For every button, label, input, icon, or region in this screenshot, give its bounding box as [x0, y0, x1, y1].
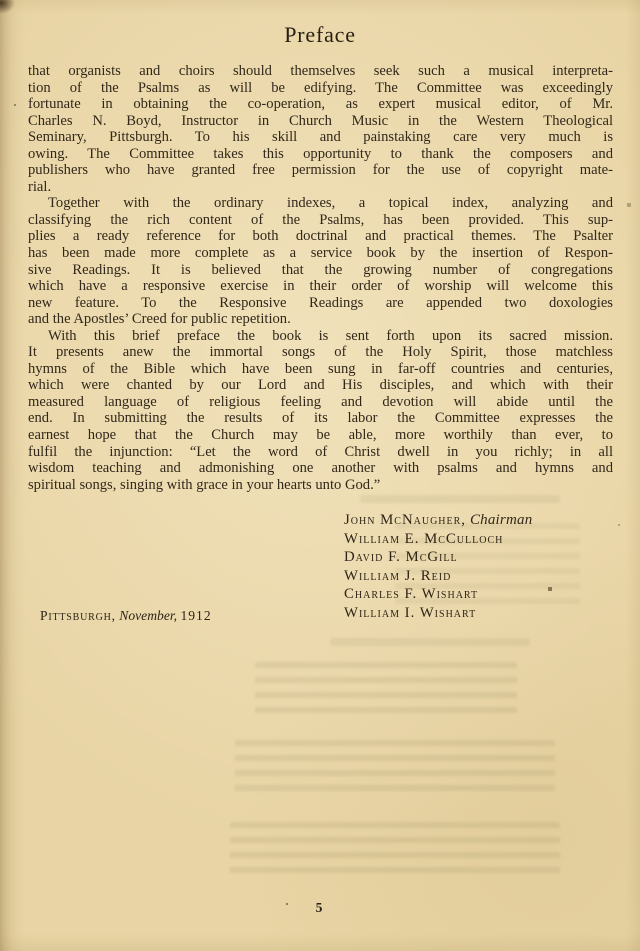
page-number: 5: [0, 900, 638, 916]
paragraph: that organists and choirs should themsel…: [28, 63, 613, 195]
paragraphs: that organists and choirs should themsel…: [28, 63, 613, 493]
text-line: which have a responsive exercise in thei…: [28, 278, 613, 295]
signature-name: William J. Reid: [344, 568, 451, 584]
page: Preface that organists and choirs should…: [0, 0, 640, 951]
text-line: classifying the rich content of the Psal…: [28, 212, 613, 229]
paragraph: Together with the ordinary indexes, a to…: [28, 195, 613, 327]
text-line: It presents anew the immortal songs of t…: [28, 344, 613, 361]
scanned-book-page: { "document": { "title": "Preface", "pag…: [0, 0, 640, 951]
signature-row: William I. Wishart: [344, 604, 532, 623]
signature-row: William J. Reid: [344, 567, 532, 586]
text-line: has been made more complete as a service…: [28, 245, 613, 262]
paper-specks: [0, 0, 2, 2]
signature-row: John McNaugher, Chairman: [344, 511, 532, 530]
text-line: earnest hope that the Church may be able…: [28, 427, 613, 444]
text-line: Seminary, Pittsburgh. To his skill and p…: [28, 129, 613, 146]
text-line: Charles N. Boyd, Instructor in Church Mu…: [28, 113, 613, 130]
signature-name: William I. Wishart: [344, 605, 476, 621]
signature-name: John McNaugher,: [344, 512, 466, 528]
dateline-year: 1912: [180, 608, 211, 623]
signature-name: Charles F. Wishart: [344, 586, 478, 602]
text-line: spiritual songs, singing with grace in y…: [28, 477, 613, 494]
dateline: Pittsburgh, November, 1912: [40, 608, 212, 624]
text-line: end. In submitting the results of its la…: [28, 410, 613, 427]
text-line: tion of the Psalms as will be edifying. …: [28, 80, 613, 97]
text-line: plies a ready reference for both doctrin…: [28, 228, 613, 245]
signature-row: William E. McCulloch: [344, 530, 532, 549]
show-through-smudge: [235, 740, 555, 798]
signature-role: Chairman: [466, 512, 532, 528]
text-line: hymns of the Bible which have been sung …: [28, 361, 613, 378]
show-through-smudge: [255, 662, 517, 720]
show-through-smudge: [330, 638, 530, 646]
page-title: Preface: [0, 22, 640, 48]
dateline-month: November,: [119, 608, 177, 623]
text-line: With this brief preface the book is sent…: [28, 328, 613, 345]
text-line: sive Readings. It is believed that the g…: [28, 262, 613, 279]
text-line: owing. The Committee takes this opportun…: [28, 146, 613, 163]
text-line: fortunate in obtaining the co-operation,…: [28, 96, 613, 113]
text-line: Together with the ordinary indexes, a to…: [28, 195, 613, 212]
text-line: publishers who have granted free permiss…: [28, 162, 613, 179]
signature-block: John McNaugher, ChairmanWilliam E. McCul…: [344, 511, 532, 623]
text-line: fulfil the injunction: “Let the word of …: [28, 444, 613, 461]
text-line: rial.: [28, 179, 613, 196]
show-through-smudge: [230, 822, 560, 880]
text-line: and the Apostles’ Creed for public repet…: [28, 311, 613, 328]
text-line: that organists and choirs should themsel…: [28, 63, 613, 80]
text-line: measured language of religious feeling a…: [28, 394, 613, 411]
signature-name: David F. McGill: [344, 549, 458, 565]
paragraph: With this brief preface the book is sent…: [28, 328, 613, 493]
text-line: wisdom teaching and admonishing one anot…: [28, 460, 613, 477]
text-line: which were chanted by our Lord and His d…: [28, 377, 613, 394]
text-line: new feature. To the Responsive Readings …: [28, 295, 613, 312]
show-through-smudge: [360, 495, 560, 503]
dateline-place: Pittsburgh,: [40, 608, 116, 623]
signature-name: William E. McCulloch: [344, 531, 503, 547]
signature-row: Charles F. Wishart: [344, 585, 532, 604]
signature-row: David F. McGill: [344, 548, 532, 567]
